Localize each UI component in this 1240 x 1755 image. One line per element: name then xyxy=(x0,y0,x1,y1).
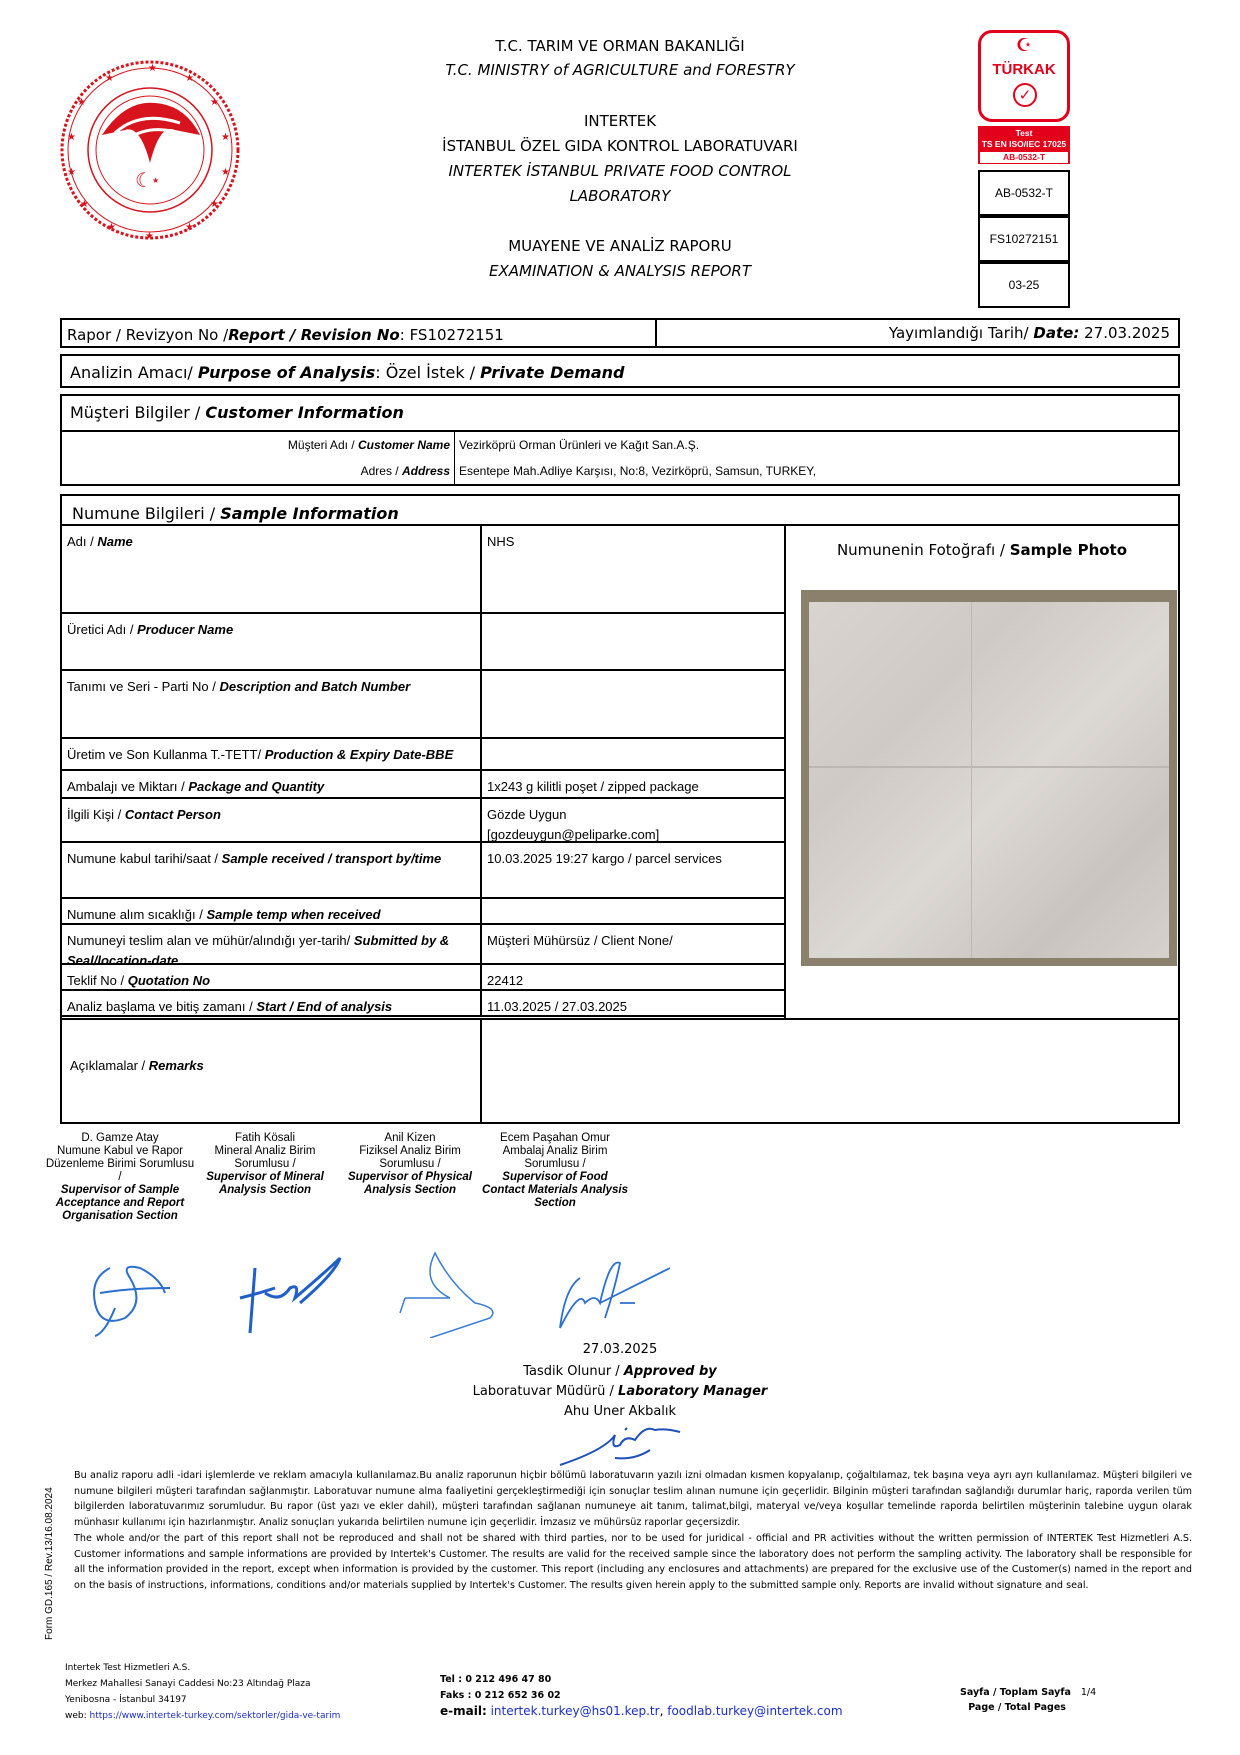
label-en: Contact Person xyxy=(125,807,221,822)
customer-label: Müşteri Adı / Customer Name xyxy=(62,432,455,458)
sample-title: Numune Bilgileri / Sample Information xyxy=(62,496,1178,526)
svg-text:★: ★ xyxy=(145,231,154,242)
remarks-label: Açıklamalar / Remarks xyxy=(62,1020,482,1122)
page-indicator: Sayfa / Toplam Sayfa 1/4 Page / Total Pa… xyxy=(960,1685,1096,1715)
footer-phone: Tel : 0 212 496 47 80 Faks : 0 212 652 3… xyxy=(440,1672,561,1704)
sample-label: Analiz başlama ve bitiş zamanı / Start /… xyxy=(62,991,482,1015)
iso-badge: Test TS EN ISO/IEC 17025 AB-0532-T xyxy=(978,126,1070,164)
badge-standard: TS EN ISO/IEC 17025 xyxy=(978,139,1070,150)
signatory: Anil KizenFiziksel Analiz Birim Sorumlus… xyxy=(335,1132,485,1197)
approved-en: Approved by xyxy=(624,1364,717,1379)
value-line-1: Müşteri Mühürsüz / Client None/ xyxy=(487,931,779,951)
signatory: Ecem Paşahan OmurAmbalaj Analiz Birim So… xyxy=(480,1132,630,1210)
sample-row: Teklif No / Quotation No22412 xyxy=(62,965,784,991)
badge-code: AB-0532-T xyxy=(979,151,1069,164)
svg-text:★: ★ xyxy=(210,97,219,108)
ministry-title-tr: T.C. TARIM VE ORMAN BAKANLIĞI xyxy=(300,34,940,59)
address-line-1: Merkez Mahallesi Sanayi Caddesi No:23 Al… xyxy=(65,1676,340,1692)
value-line-1: Gözde Uygun xyxy=(487,805,779,825)
sample-row: Ambalajı ve Miktarı / Package and Quanti… xyxy=(62,771,784,799)
sample-title-en: Sample Information xyxy=(220,504,399,523)
form-number: Form GD.165 / Rev.13/16.08.2024 xyxy=(44,1460,55,1640)
lab-title-tr: İSTANBUL ÖZEL GIDA KONTROL LABORATUVARI xyxy=(300,134,940,159)
sample-value: Müşteri Mühürsüz / Client None/ xyxy=(482,925,784,963)
label-tr: Müşteri Adı / xyxy=(288,438,355,452)
approval-date: 27.03.2025 xyxy=(430,1340,810,1360)
lab-title-en-2: LABORATORY xyxy=(300,184,940,209)
turkak-accreditation: ☪ TÜRKAK ✓ Test TS EN ISO/IEC 17025 AB-0… xyxy=(978,30,1070,164)
report-title-tr: MUAYENE VE ANALİZ RAPORU xyxy=(300,234,940,259)
disclaimer: Bu analiz raporu adli -idari işlemlerde … xyxy=(74,1468,1192,1594)
report-date: 27.03.2025 xyxy=(1084,324,1170,342)
footer-email: e-mail: intertek.turkey@hs01.kep.tr, foo… xyxy=(440,1704,843,1718)
label-tr: Numuneyi teslim alan ve mühür/alındığı y… xyxy=(67,933,350,948)
purpose-value-en: Private Demand xyxy=(480,363,624,382)
label-en: Sample temp when received xyxy=(206,907,380,922)
turkak-logo: ☪ TÜRKAK ✓ xyxy=(978,30,1070,122)
manager-signature-image xyxy=(555,1420,685,1468)
label-en: Quotation No xyxy=(128,973,210,988)
sample-label: Teklif No / Quotation No xyxy=(62,965,482,989)
value-line-1: NHS xyxy=(487,532,779,552)
label-en: Production & Expiry Date-BBE xyxy=(265,747,454,762)
date-cell: Yayımlandığı Tarih/ Date: 27.03.2025 xyxy=(657,320,1178,346)
signature-image xyxy=(540,1248,670,1338)
label-tr: Numune alım sıcaklığı / xyxy=(67,907,203,922)
svg-text:★: ★ xyxy=(77,97,86,108)
label-tr: Üretim ve Son Kullanma T.-TETT/ xyxy=(67,747,261,762)
page-label-en: Page / Total Pages xyxy=(960,1700,1074,1715)
company-name: Intertek Test Hizmetleri A.S. xyxy=(65,1660,340,1676)
lab-title-en-1: INTERTEK İSTANBUL PRIVATE FOOD CONTROL xyxy=(300,159,940,184)
email-link-1[interactable]: intertek.turkey@hs01.kep.tr xyxy=(491,1704,660,1718)
svg-text:★: ★ xyxy=(185,73,194,84)
svg-text:★: ★ xyxy=(67,132,76,143)
sample-value: 1x243 g kilitli poşet / zipped package xyxy=(482,771,784,797)
sample-label: Üretim ve Son Kullanma T.-TETT/ Producti… xyxy=(62,739,482,769)
sample-row: Tanımı ve Seri - Parti No / Description … xyxy=(62,671,784,739)
page-label-tr: Sayfa / Toplam Sayfa xyxy=(960,1687,1071,1698)
label-tr: İlgili Kişi / xyxy=(67,807,121,822)
signature-image xyxy=(390,1248,520,1338)
turkak-logo-text: TÜRKAK xyxy=(981,61,1067,78)
photo-title-tr: Numunenin Fotoğrafı / xyxy=(837,541,1005,559)
lab-manager-title: Laboratuvar Müdürü / Laboratory Manager xyxy=(430,1382,810,1402)
value-line-1: 10.03.2025 19:27 kargo / parcel services xyxy=(487,849,779,869)
accreditation-code: AB-0532-T xyxy=(978,170,1070,216)
signatory-name: Anil Kizen xyxy=(335,1132,485,1145)
label-tr: Ambalajı ve Miktarı / xyxy=(67,779,185,794)
purpose-value-tr: Özel İstek / xyxy=(386,363,475,382)
revision-number: FS10272151 xyxy=(410,326,504,344)
lab-manager-name: Ahu Uner Akbalık xyxy=(430,1402,810,1422)
sample-label: Ambalajı ve Miktarı / Package and Quanti… xyxy=(62,771,482,797)
customer-address: Esentepe Mah.Adliye Karşısı, No:8, Vezir… xyxy=(455,458,1178,484)
label-tr: Adres / xyxy=(361,464,399,478)
value-line-2: [gozdeuygun@peliparke.com] xyxy=(487,825,779,845)
label-en: Sample received / transport by/time xyxy=(222,851,442,866)
footer-address: Intertek Test Hizmetleri A.S. Merkez Mah… xyxy=(65,1660,340,1724)
svg-text:★: ★ xyxy=(148,63,157,74)
label-en: Name xyxy=(97,534,132,549)
label-en: Address xyxy=(402,464,450,478)
remarks-label-tr: Açıklamalar / xyxy=(70,1058,145,1073)
sample-row: Üretici Adı / Producer Name xyxy=(62,614,784,671)
disclaimer-en: The whole and/or the part of this report… xyxy=(74,1531,1192,1594)
manager-tr: Laboratuvar Müdürü / xyxy=(473,1384,614,1399)
svg-text:★: ★ xyxy=(80,199,89,210)
svg-text:★: ★ xyxy=(107,222,116,233)
revision-cell: Rapor / Revizyon No /Report / Revision N… xyxy=(62,320,657,346)
label-en: Package and Quantity xyxy=(188,779,324,794)
sample-value: Gözde Uygun[gozdeuygun@peliparke.com] xyxy=(482,799,784,841)
value-line-1: 11.03.2025 / 27.03.2025 xyxy=(487,997,779,1017)
web-line: web: https://www.intertek-turkey.com/sek… xyxy=(65,1708,340,1724)
svg-text:★: ★ xyxy=(152,176,159,185)
email-link-2[interactable]: foodlab.turkey@intertek.com xyxy=(667,1704,842,1718)
sample-value: NHS xyxy=(482,526,784,612)
sample-label: Üretici Adı / Producer Name xyxy=(62,614,482,669)
label-tr: Teklif No / xyxy=(67,973,124,988)
label-en: Description and Batch Number xyxy=(219,679,410,694)
label-tr: Tanımı ve Seri - Parti No / xyxy=(67,679,216,694)
address-line-2: Yenibosna - İstanbul 34197 xyxy=(65,1692,340,1708)
crescent-icon: ☪ xyxy=(981,35,1067,56)
signatory-role-tr: Mineral Analiz Birim Sorumlusu / xyxy=(190,1145,340,1171)
customer-title-tr: Müşteri Bilgiler / xyxy=(70,403,200,422)
sample-row: Numuneyi teslim alan ve mühür/alındığı y… xyxy=(62,925,784,965)
label-tr: Numune kabul tarihi/saat / xyxy=(67,851,218,866)
signatory-role-tr: Numune Kabul ve Rapor Düzenleme Birimi S… xyxy=(45,1145,195,1184)
manager-en: Laboratory Manager xyxy=(618,1384,767,1399)
sample-value: 11.03.2025 / 27.03.2025 xyxy=(482,991,784,1015)
revision-row: Rapor / Revizyon No /Report / Revision N… xyxy=(60,318,1180,348)
sample-value xyxy=(482,899,784,923)
signatory-role-en: Supervisor of Physical Analysis Section xyxy=(335,1171,485,1197)
sample-table: Adı / NameNHSÜretici Adı / Producer Name… xyxy=(62,526,784,1017)
email-separator: , xyxy=(660,1704,664,1718)
sample-value: 10.03.2025 19:27 kargo / parcel services xyxy=(482,843,784,897)
svg-text:☾: ☾ xyxy=(135,168,153,192)
fax: Faks : 0 212 652 36 02 xyxy=(440,1688,561,1704)
label-tr: Adı / xyxy=(67,534,94,549)
ministry-title-en: T.C. MINISTRY of AGRICULTURE and FORESTR… xyxy=(300,58,940,83)
web-label: web: xyxy=(65,1711,87,1721)
customer-section: Müşteri Bilgiler / Customer Information … xyxy=(60,394,1180,486)
svg-text:★: ★ xyxy=(210,199,219,210)
customer-row: Müşteri Adı / Customer Name Vezirköprü O… xyxy=(62,432,1178,458)
badge-test: Test xyxy=(978,128,1070,139)
customer-label: Adres / Address xyxy=(62,458,455,484)
signature-image xyxy=(70,1248,200,1338)
report-title-en: EXAMINATION & ANALYSIS REPORT xyxy=(300,259,940,284)
sample-label: Numune alım sıcaklığı / Sample temp when… xyxy=(62,899,482,923)
date-label-en: Date: xyxy=(1033,324,1079,342)
svg-text:★: ★ xyxy=(67,167,76,178)
approved-by: Tasdik Olunur / Approved by xyxy=(430,1362,810,1382)
signatory: D. Gamze AtayNumune Kabul ve Rapor Düzen… xyxy=(45,1132,195,1223)
revision-label-en: Report / Revision No xyxy=(228,326,400,344)
sample-row: İlgili Kişi / Contact PersonGözde Uygun[… xyxy=(62,799,784,843)
sample-value xyxy=(482,671,784,737)
signatory-name: D. Gamze Atay xyxy=(45,1132,195,1145)
sample-row: Adı / NameNHS xyxy=(62,526,784,614)
sample-value: 22412 xyxy=(482,965,784,989)
signatory: Fatih KösaliMineral Analiz Birim Sorumlu… xyxy=(190,1132,340,1197)
tel: Tel : 0 212 496 47 80 xyxy=(440,1672,561,1688)
signatory-name: Fatih Kösali xyxy=(190,1132,340,1145)
sample-label: Numuneyi teslim alan ve mühür/alındığı y… xyxy=(62,925,482,963)
signatory-role-en: Supervisor of Sample Acceptance and Repo… xyxy=(45,1184,195,1223)
sample-row: Üretim ve Son Kullanma T.-TETT/ Producti… xyxy=(62,739,784,771)
sample-row: Numune kabul tarihi/saat / Sample receiv… xyxy=(62,843,784,899)
revision-label-tr: Rapor / Revizyon No / xyxy=(67,326,228,344)
ministry-seal-icon: ★★★★ ★★★★ ★★★★ ★★ ☾ ★ xyxy=(55,55,245,245)
email-label: e-mail: xyxy=(440,1704,487,1718)
report-code: FS10272151 xyxy=(978,216,1070,262)
sample-row: Analiz başlama ve bitiş zamanı / Start /… xyxy=(62,991,784,1017)
svg-text:★: ★ xyxy=(221,132,230,143)
svg-text:★: ★ xyxy=(221,167,230,178)
page-number: 1/4 xyxy=(1081,1687,1096,1698)
sample-photo xyxy=(801,590,1177,966)
approved-tr: Tasdik Olunur / xyxy=(523,1364,619,1379)
purpose-label-tr: Analizin Amacı/ xyxy=(70,363,193,382)
signature-image xyxy=(220,1248,350,1338)
signatory-role-en: Supervisor of Mineral Analysis Section xyxy=(190,1171,340,1197)
signatory-name: Ecem Paşahan Omur xyxy=(480,1132,630,1145)
purpose-label-en: Purpose of Analysis xyxy=(198,363,375,382)
sample-label: Tanımı ve Seri - Parti No / Description … xyxy=(62,671,482,737)
customer-title: Müşteri Bilgiler / Customer Information xyxy=(62,396,1178,432)
sample-photo-panel: Numunenin Fotoğrafı / Sample Photo xyxy=(784,526,1178,1018)
sample-section: Numune Bilgileri / Sample Information Ad… xyxy=(60,494,1180,1124)
lab-name: INTERTEK xyxy=(300,109,940,134)
svg-text:★: ★ xyxy=(185,222,194,233)
photo-title-en: Sample Photo xyxy=(1010,541,1127,559)
sample-label: İlgili Kişi / Contact Person xyxy=(62,799,482,841)
customer-row: Adres / Address Esentepe Mah.Adliye Karş… xyxy=(62,458,1178,484)
value-line-1: 1x243 g kilitli poşet / zipped package xyxy=(487,777,779,797)
customer-title-en: Customer Information xyxy=(205,403,403,422)
sample-label: Numune kabul tarihi/saat / Sample receiv… xyxy=(62,843,482,897)
photo-title: Numunenin Fotoğrafı / Sample Photo xyxy=(786,541,1178,559)
value-line-1: 22412 xyxy=(487,971,779,991)
remarks-row: Açıklamalar / Remarks xyxy=(62,1018,1178,1122)
sample-value xyxy=(482,614,784,669)
purpose-row: Analizin Amacı/ Purpose of Analysis: Öze… xyxy=(60,354,1180,388)
label-tr: Analiz başlama ve bitiş zamanı / xyxy=(67,999,253,1014)
signatory-role-tr: Ambalaj Analiz Birim Sorumlusu / xyxy=(480,1145,630,1171)
period-code: 03-25 xyxy=(978,262,1070,308)
date-label-tr: Yayımlandığı Tarih/ xyxy=(889,324,1029,342)
label-en: Customer Name xyxy=(358,438,450,452)
sample-row: Numune alım sıcaklığı / Sample temp when… xyxy=(62,899,784,925)
sample-label: Adı / Name xyxy=(62,526,482,612)
remarks-label-en: Remarks xyxy=(149,1058,204,1073)
label-en: Producer Name xyxy=(137,622,233,637)
label-en: Start / End of analysis xyxy=(256,999,392,1014)
disclaimer-tr: Bu analiz raporu adli -idari işlemlerde … xyxy=(74,1468,1192,1531)
signatory-role-en: Supervisor of Food Contact Materials Ana… xyxy=(480,1171,630,1210)
web-link[interactable]: https://www.intertek-turkey.com/sektorle… xyxy=(90,1711,341,1721)
sample-value xyxy=(482,739,784,769)
label-tr: Üretici Adı / xyxy=(67,622,133,637)
signatory-role-tr: Fiziksel Analiz Birim Sorumlusu / xyxy=(335,1145,485,1171)
sample-title-tr: Numune Bilgileri / xyxy=(72,504,215,523)
checkmark-icon: ✓ xyxy=(1013,83,1037,107)
svg-text:★: ★ xyxy=(105,73,114,84)
customer-name: Vezirköprü Orman Ürünleri ve Kağıt San.A… xyxy=(455,432,1178,458)
